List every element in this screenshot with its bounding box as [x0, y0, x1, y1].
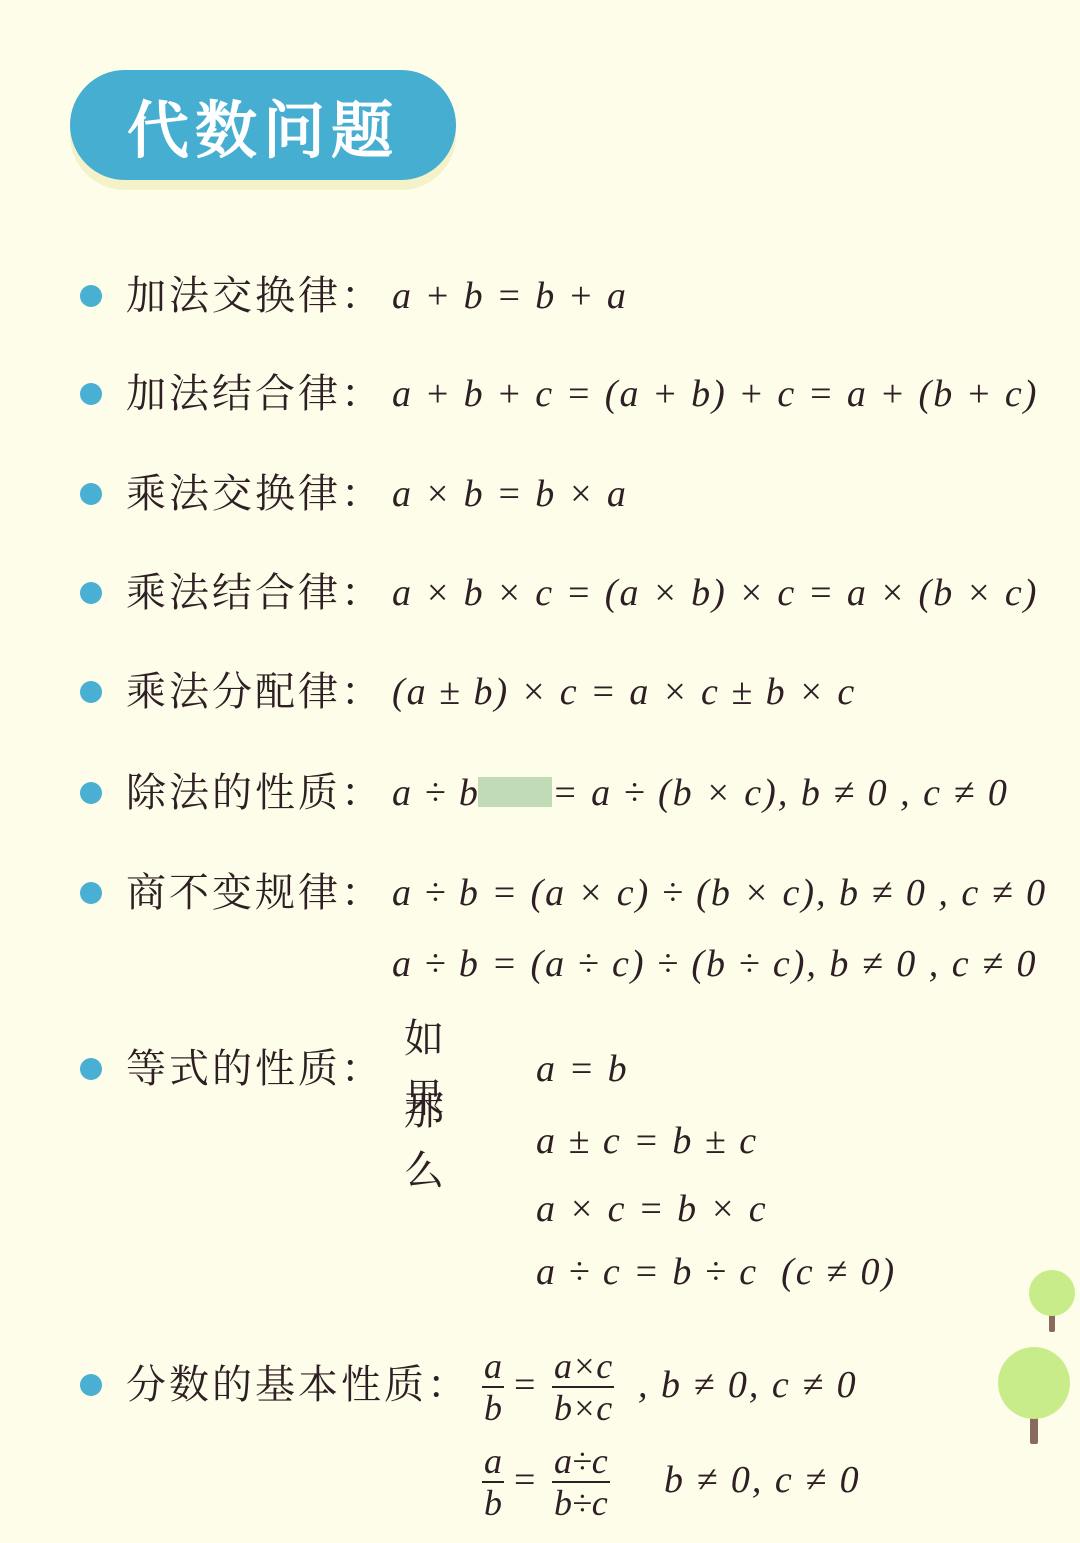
- numerator: a: [482, 1346, 504, 1388]
- fraction-lhs: a b: [482, 1441, 504, 1523]
- bullet-dot-icon: [80, 782, 102, 804]
- numerator: a: [482, 1441, 504, 1483]
- then-word: 那么: [404, 1081, 448, 1201]
- denominator: b: [484, 1483, 502, 1523]
- rule-formula-part1: a ÷ b: [392, 763, 480, 823]
- fraction-rhs: a÷c b÷c: [552, 1441, 610, 1523]
- equals-sign: =: [514, 1450, 537, 1510]
- bullet-dot-icon: [80, 681, 102, 703]
- rule-label: 除法的性质：: [126, 763, 384, 823]
- rule-label: 等式的性质：: [126, 1039, 384, 1099]
- rule-label: 加法结合律：: [126, 364, 384, 424]
- fraction-rhs: a×c b×c: [552, 1346, 614, 1428]
- rule-formula: a ÷ b = (a × c) ÷ (b × c), b ≠ 0 , c ≠ 0: [392, 863, 1047, 923]
- equals-sign: =: [514, 1355, 537, 1415]
- bullet-dot-icon: [80, 582, 102, 604]
- fraction-condition: , b ≠ 0, c ≠ 0: [638, 1355, 858, 1415]
- rule-label: 加法交换律：: [126, 266, 384, 326]
- bullet-dot-icon: [80, 1058, 102, 1080]
- rule-label: 乘法结合律：: [126, 563, 384, 623]
- rule-formula: a × b × c = (a × b) × c = a × (b × c): [392, 563, 1038, 623]
- bullet-dot-icon: [80, 285, 102, 307]
- bullet-dot-icon: [80, 1374, 102, 1396]
- if-formula: a = b: [536, 1039, 629, 1099]
- rule-formula: a × b = b × a: [392, 464, 628, 524]
- rule-formula: a + b = b + a: [392, 266, 628, 326]
- rule-label: 分数的基本性质：: [126, 1355, 470, 1415]
- fraction-lhs: a b: [482, 1346, 504, 1428]
- title-banner: 代数问题: [70, 70, 456, 180]
- numerator: a×c: [552, 1346, 614, 1388]
- rule-formula: a ÷ b = (a ÷ c) ÷ (b ÷ c), b ≠ 0 , c ≠ 0: [392, 934, 1038, 994]
- denominator: b: [484, 1388, 502, 1428]
- then-formula: a × c = b × c: [536, 1179, 768, 1239]
- rule-formula: (a ± b) × c = a × c ± b × c: [392, 662, 856, 722]
- rule-formula-part2: = a ÷ (b × c), b ≠ 0 , c ≠ 0: [552, 763, 1009, 823]
- rule-formula: a + b + c = (a + b) + c = a + (b + c): [392, 364, 1038, 424]
- then-formula: a ± c = b ± c: [536, 1111, 758, 1171]
- page-title: 代数问题: [127, 81, 399, 170]
- bullet-dot-icon: [80, 483, 102, 505]
- bullet-dot-icon: [80, 882, 102, 904]
- bullet-dot-icon: [80, 383, 102, 405]
- denominator: b÷c: [554, 1483, 608, 1523]
- fraction-condition: b ≠ 0, c ≠ 0: [664, 1450, 861, 1510]
- rule-label: 乘法分配律：: [126, 662, 384, 722]
- rule-label: 商不变规律：: [126, 863, 384, 923]
- denominator: b×c: [554, 1388, 612, 1428]
- numerator: a÷c: [552, 1441, 610, 1483]
- then-formula: a ÷ c = b ÷ c (c ≠ 0): [536, 1242, 896, 1302]
- obscured-smudge: [478, 777, 552, 807]
- rule-label: 乘法交换律：: [126, 464, 384, 524]
